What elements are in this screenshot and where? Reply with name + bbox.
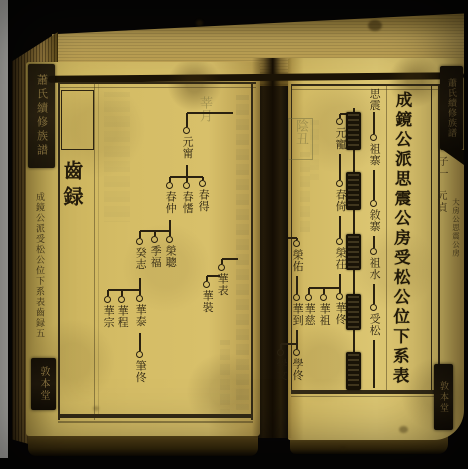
tree-node-name: 華祖 [318, 303, 331, 326]
tree-node-name: 敘寨 [368, 209, 381, 232]
node-circle [293, 349, 300, 356]
node-circle [320, 294, 327, 301]
tree-line [339, 274, 341, 288]
node-circle [336, 238, 343, 245]
node-circle [293, 240, 300, 247]
inked-out-name-block [346, 234, 361, 270]
inked-out-name-block [346, 352, 361, 390]
tree-node-name: 思震 [368, 88, 381, 111]
tree-line [373, 236, 375, 248]
node-circle [305, 294, 312, 301]
inked-out-name-block [346, 294, 361, 330]
tree-line [373, 340, 375, 388]
tree-node-name: 受松 [368, 313, 381, 336]
tree-node-name: 華慈 [303, 303, 316, 326]
node-circle [336, 180, 343, 187]
genealogy-book-photo: 蕭氏續修族譜 成鏡公派受松公位下系表齒録五 敦本堂 齒録 莘月 成鏡公派思震公房… [0, 0, 468, 469]
node-circle [336, 118, 343, 125]
family-tree-right: 思震祖寨敘寨祖水受松元寵春倚榮茌華慈華祖華佟榮佑華到學文學佟 [0, 0, 468, 469]
tree-line [373, 170, 375, 200]
tree-line [281, 343, 297, 345]
node-circle [370, 200, 377, 207]
tree-node-name: 元寵 [334, 127, 347, 150]
tree-node-name: 學文 [275, 358, 288, 381]
tree-node-name: 祖水 [368, 257, 381, 280]
tree-node-name: 學佟 [291, 358, 304, 381]
tree-node-name: 榮佑 [291, 249, 304, 272]
node-circle [277, 349, 284, 356]
node-circle [370, 304, 377, 311]
tree-line [339, 216, 341, 238]
tree-line [373, 112, 375, 134]
tree-line [373, 284, 375, 304]
tree-node-name: 祖寨 [368, 143, 381, 166]
tree-node-name: 華到 [291, 303, 304, 326]
tree-line [339, 154, 341, 180]
node-circle [336, 293, 343, 300]
node-circle [370, 248, 377, 255]
tree-line [296, 276, 298, 294]
inked-out-name-block [346, 112, 361, 150]
inked-out-name-block [346, 172, 361, 210]
tree-node-name: 華佟 [334, 302, 347, 325]
tree-line [296, 330, 298, 344]
tree-node-name: 春倚 [334, 189, 347, 212]
tree-node-name: 榮茌 [334, 247, 347, 270]
node-circle [370, 134, 377, 141]
node-circle [293, 294, 300, 301]
